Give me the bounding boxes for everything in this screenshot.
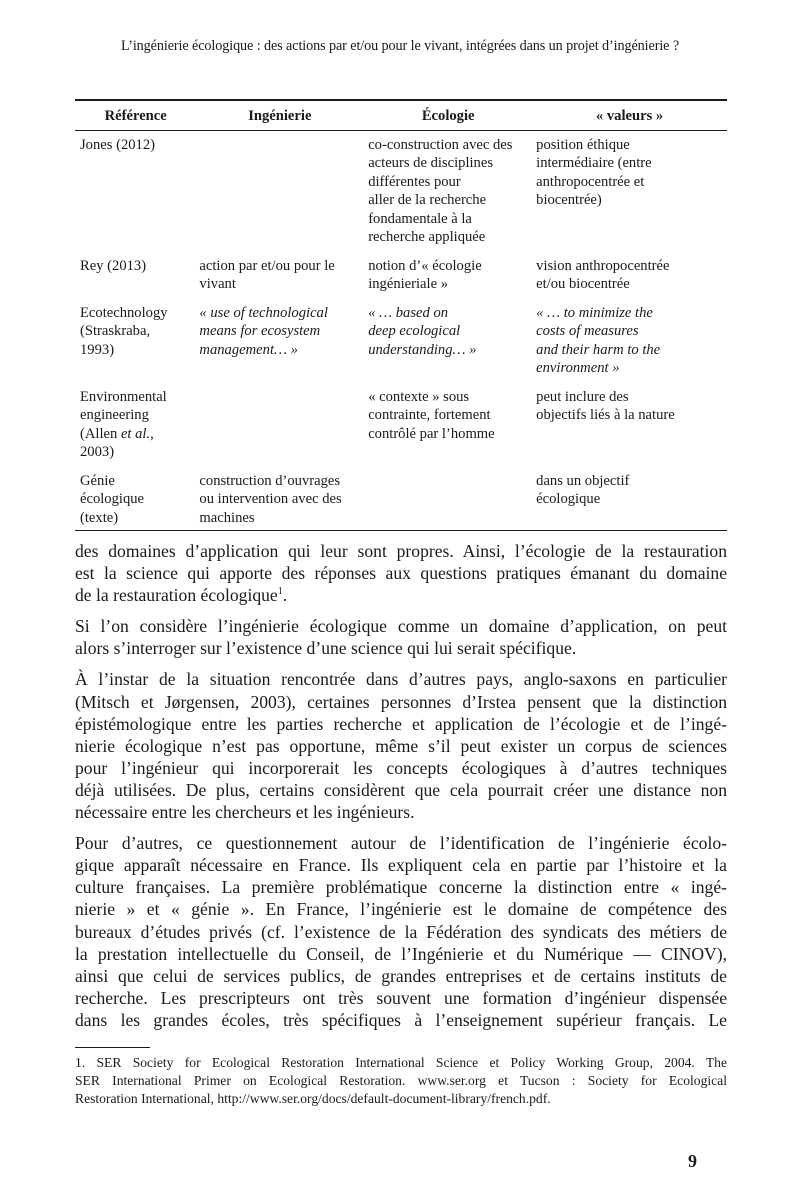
text-segment: . — [283, 585, 287, 605]
cell-line: engineering — [80, 406, 191, 425]
text-line: À l’instar de la situation rencontrée da… — [75, 668, 727, 690]
header-reference: Référence — [75, 100, 195, 130]
paragraph: des domaines d’application qui leur sont… — [75, 540, 727, 606]
cell-line: machines — [199, 509, 360, 528]
cell-line: « contexte » sous — [368, 388, 528, 407]
cell-line: ingénieriale » — [368, 275, 528, 294]
cell-line: Ecotechnology — [80, 304, 191, 323]
text-segment: de la restauration écologique — [75, 585, 278, 605]
cell-line: 1993) — [80, 341, 191, 360]
cell-valeurs: « … to minimize the costs of measures an… — [532, 298, 727, 382]
text-line: dans les grandes écoles, très spécifique… — [75, 1009, 727, 1031]
cell-line: contrôlé par l’homme — [368, 425, 528, 444]
cell-ingenierie — [195, 382, 364, 466]
footnote-text: SER Society for Ecological Restoration I… — [96, 1055, 727, 1070]
cell-ingenierie: « use of technological means for ecosyst… — [195, 298, 364, 382]
text-line: (Mitsch et Jørgensen, 2003), certaines p… — [75, 691, 727, 713]
cell-line: « … based on — [368, 304, 528, 323]
cell-reference: Rey (2013) — [75, 251, 195, 298]
cell-line: (Allen et al., — [80, 425, 191, 444]
paragraph: Si l’on considère l’ingénierie écologiqu… — [75, 615, 727, 659]
cell-line: vision anthropocentrée — [536, 257, 723, 276]
cell-line: (Straskraba, — [80, 322, 191, 341]
cell-line: environment » — [536, 359, 723, 378]
cell-line: Génie — [80, 472, 191, 491]
text-line: nierie écologique n’est pas opportune, m… — [75, 735, 727, 757]
cell-valeurs: dans un objectif écologique — [532, 466, 727, 531]
cell-ingenierie — [195, 130, 364, 251]
cell-reference: Ecotechnology (Straskraba, 1993) — [75, 298, 195, 382]
text-line: recherche. Les prescripteurs ont très so… — [75, 987, 727, 1009]
cell-line: 2003) — [80, 443, 191, 462]
table-row: Ecotechnology (Straskraba, 1993) « use o… — [75, 298, 727, 382]
cell-ecologie — [364, 466, 532, 531]
cell-line: Environmental — [80, 388, 191, 407]
cell-line: écologique — [536, 490, 723, 509]
text-line: la prestation intellectuelle du Conseil,… — [75, 943, 727, 965]
table-row: Rey (2013) action par et/ou pour le viva… — [75, 251, 727, 298]
cell-line: Jones (2012) — [80, 136, 191, 155]
cell-line: fondamentale à la — [368, 210, 528, 229]
text-line: culture françaises. La première probléma… — [75, 876, 727, 898]
paragraph: À l’instar de la situation rencontrée da… — [75, 668, 727, 823]
comparison-table: Référence Ingénierie Écologie « valeurs … — [75, 99, 727, 531]
cell-line: vivant — [199, 275, 360, 294]
cell-line: biocentrée) — [536, 191, 723, 210]
cell-ecologie: co-construction avec des acteurs de disc… — [364, 130, 532, 251]
cell-line: dans un objectif — [536, 472, 723, 491]
cell-line: deep ecological — [368, 322, 528, 341]
cell-line: Rey (2013) — [80, 257, 191, 276]
cell-line: (texte) — [80, 509, 191, 528]
text-line: est la science qui apporte des réponses … — [75, 562, 727, 584]
cell-reference: Génie écologique (texte) — [75, 466, 195, 531]
table-row: Jones (2012) co-construction avec des ac… — [75, 130, 727, 251]
table-row: Environmental engineering (Allen et al.,… — [75, 382, 727, 466]
footnote: 1. SER Society for Ecological Restoratio… — [75, 1054, 727, 1108]
text-line: épistémologique entre les parties recher… — [75, 713, 727, 735]
cell-valeurs: vision anthropocentrée et/ou biocentrée — [532, 251, 727, 298]
page-number: 9 — [688, 1151, 697, 1172]
text-line: Si l’on considère l’ingénierie écologiqu… — [75, 615, 727, 637]
text-line: déjà utilisées. De plus, certains consid… — [75, 779, 727, 801]
cell-line: action par et/ou pour le — [199, 257, 360, 276]
cell-reference: Environmental engineering (Allen et al.,… — [75, 382, 195, 466]
cell-line: aller de la recherche — [368, 191, 528, 210]
cell-line: objectifs liés à la nature — [536, 406, 723, 425]
text-line: nécessaire entre les chercheurs et les i… — [75, 801, 727, 823]
text-line: de la restauration écologique1. — [75, 584, 727, 606]
text-line: alors s’interroger sur l’existence d’une… — [75, 637, 727, 659]
table-header-row: Référence Ingénierie Écologie « valeurs … — [75, 100, 727, 130]
cell-line: peut inclure des — [536, 388, 723, 407]
cell-line: écologique — [80, 490, 191, 509]
cell-line: notion d’« écologie — [368, 257, 528, 276]
cell-line: différentes pour — [368, 173, 528, 192]
text-line: nierie » et « génie ». En France, l’ingé… — [75, 898, 727, 920]
cell-ecologie: « … based on deep ecological understandi… — [364, 298, 532, 382]
header-ingenierie: Ingénierie — [195, 100, 364, 130]
cell-valeurs: peut inclure des objectifs liés à la nat… — [532, 382, 727, 466]
cell-reference: Jones (2012) — [75, 130, 195, 251]
cell-ingenierie: action par et/ou pour le vivant — [195, 251, 364, 298]
cell-text: (Allen — [80, 426, 121, 442]
cell-line: ou intervention avec des — [199, 490, 360, 509]
cell-line: and their harm to the — [536, 341, 723, 360]
header-valeurs: « valeurs » — [532, 100, 727, 130]
cell-ingenierie: construction d’ouvrages ou intervention … — [195, 466, 364, 531]
text-line: des domaines d’application qui leur sont… — [75, 540, 727, 562]
cell-line: construction d’ouvrages — [199, 472, 360, 491]
cell-line: « use of technological — [199, 304, 360, 323]
cell-line: understanding… » — [368, 341, 528, 360]
footnote-divider — [75, 1047, 150, 1048]
cell-line: costs of measures — [536, 322, 723, 341]
cell-text-italic: et al. — [121, 426, 150, 442]
text-line: gique apparaît nécessaire en France. Ils… — [75, 854, 727, 876]
body-text: des domaines d’application qui leur sont… — [75, 540, 727, 1040]
cell-line: management… » — [199, 341, 360, 360]
cell-line: co-construction avec des — [368, 136, 528, 155]
cell-line: « … to minimize the — [536, 304, 723, 323]
running-head: L’ingénierie écologique : des actions pa… — [0, 38, 800, 55]
cell-line: acteurs de disciplines — [368, 154, 528, 173]
text-line: Pour d’autres, ce questionnement autour … — [75, 832, 727, 854]
footnote-number: 1. — [75, 1055, 85, 1070]
cell-line: recherche appliquée — [368, 228, 528, 247]
table-row: Génie écologique (texte) construction d’… — [75, 466, 727, 531]
cell-line: position éthique — [536, 136, 723, 155]
cell-line: intermédiaire (entre — [536, 154, 723, 173]
cell-ecologie: « contexte » sous contrainte, fortement … — [364, 382, 532, 466]
text-line: ainsi que celui de services publics, de … — [75, 965, 727, 987]
header-ecologie: Écologie — [364, 100, 532, 130]
cell-line: anthropocentrée et — [536, 173, 723, 192]
cell-valeurs: position éthique intermédiaire (entre an… — [532, 130, 727, 251]
cell-line: contrainte, fortement — [368, 406, 528, 425]
paragraph: Pour d’autres, ce questionnement autour … — [75, 832, 727, 1031]
cell-line: means for ecosystem — [199, 322, 360, 341]
text-line: pour l’ingénieur qui incorporerait les c… — [75, 757, 727, 779]
cell-text: , — [150, 426, 154, 442]
footnote-line: 1. SER Society for Ecological Restoratio… — [75, 1054, 727, 1072]
cell-ecologie: notion d’« écologie ingénieriale » — [364, 251, 532, 298]
text-line: bureaux d’études privés (cf. l’existence… — [75, 921, 727, 943]
footnote-line: SER International Primer on Ecological R… — [75, 1072, 727, 1090]
footnote-line: Restoration International, http://www.se… — [75, 1090, 727, 1108]
cell-line: et/ou biocentrée — [536, 275, 723, 294]
